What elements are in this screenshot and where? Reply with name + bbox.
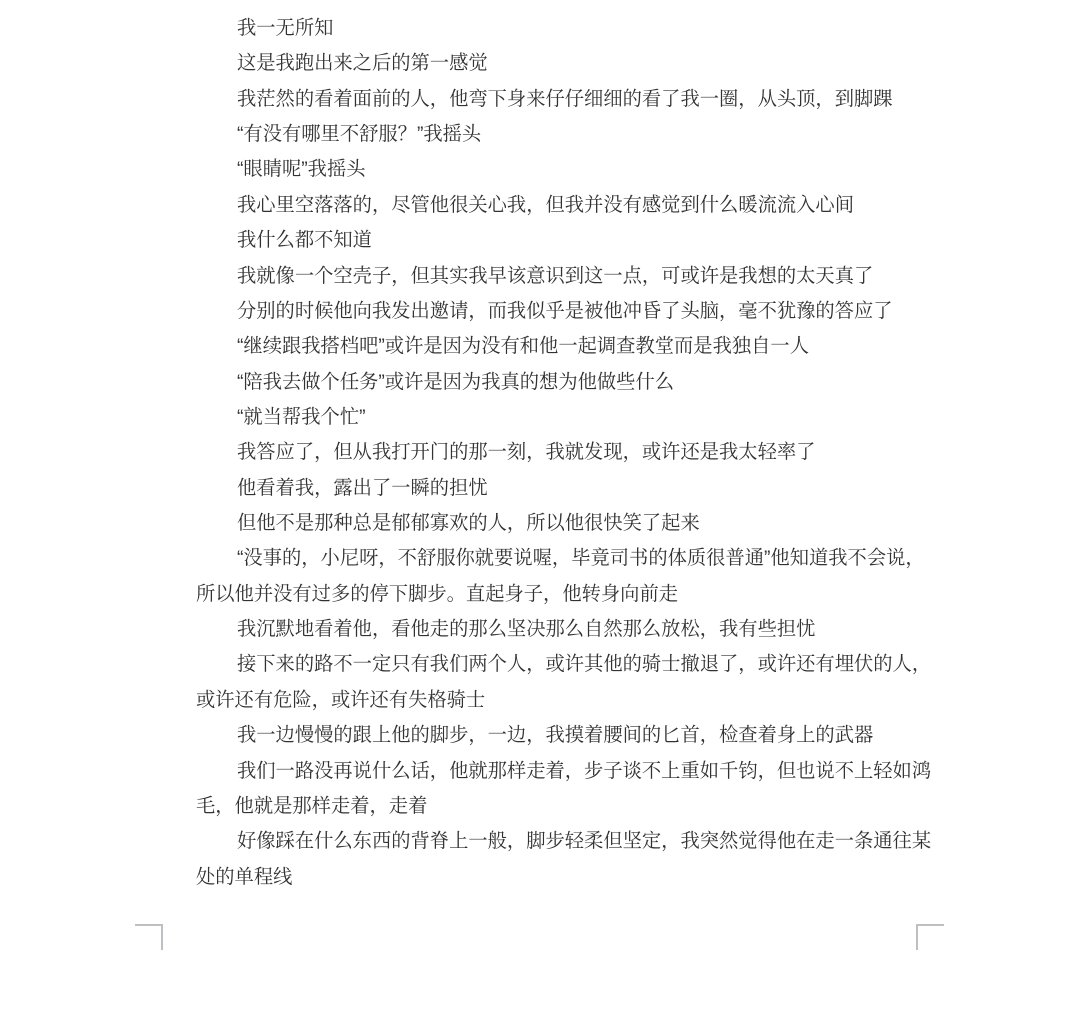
document-text-line[interactable]: 这是我跑出来之后的第一感觉: [196, 46, 966, 81]
document-text-line[interactable]: 我答应了，但从我打开门的那一刻，我就发现，或许还是我太轻率了: [196, 435, 966, 470]
document-text-line[interactable]: 我一无所知: [196, 11, 966, 46]
document-text-line[interactable]: 处的单程线: [196, 860, 966, 895]
document-text-line[interactable]: 或许还有危险，或许还有失格骑士: [196, 683, 966, 718]
document-text-line[interactable]: “陪我去做个任务”或许是因为我真的想为他做些什么: [196, 365, 966, 400]
document-text-line[interactable]: 所以他并没有过多的停下脚步。直起身子，他转身向前走: [196, 577, 966, 612]
document-text-line[interactable]: 他看着我，露出了一瞬的担忧: [196, 471, 966, 506]
document-text-line[interactable]: 接下来的路不一定只有我们两个人，或许其他的骑士撤退了，或许还有埋伏的人，: [196, 647, 966, 682]
document-text-line[interactable]: 我心里空落落的，尽管他很关心我，但我并没有感觉到什么暖流流入心间: [196, 188, 966, 223]
document-text-line[interactable]: 分别的时候他向我发出邀请，而我似乎是被他冲昏了头脑，毫不犹豫的答应了: [196, 294, 966, 329]
document-text-line[interactable]: 我沉默地看着他，看他走的那么坚决那么自然那么放松，我有些担忧: [196, 612, 966, 647]
document-text-area[interactable]: 我一无所知这是我跑出来之后的第一感觉我茫然的看着面前的人，他弯下身来仔仔细细的看…: [196, 11, 966, 895]
document-text-line[interactable]: “没事的，小尼呀，不舒服你就要说喔，毕竟司书的体质很普通”他知道我不会说，: [196, 541, 966, 576]
document-page: 我一无所知这是我跑出来之后的第一感觉我茫然的看着面前的人，他弯下身来仔仔细细的看…: [0, 0, 1080, 1029]
document-text-line[interactable]: 我们一路没再说什么话，他就那样走着，步子谈不上重如千钧，但也说不上轻如鸿: [196, 754, 966, 789]
document-text-line[interactable]: 我什么都不知道: [196, 223, 966, 258]
document-text-line[interactable]: 我一边慢慢的跟上他的脚步，一边，我摸着腰间的匕首，检查着身上的武器: [196, 718, 966, 753]
document-text-line[interactable]: 好像踩在什么东西的背脊上一般，脚步轻柔但坚定，我突然觉得他在走一条通往某: [196, 824, 966, 859]
document-text-line[interactable]: 毛，他就是那样走着，走着: [196, 789, 966, 824]
document-text-line[interactable]: “就当帮我个忙”: [196, 400, 966, 435]
document-text-line[interactable]: 但他不是那种总是郁郁寡欢的人，所以他很快笑了起来: [196, 506, 966, 541]
text-boundary-corner-mark-bottom-left: [135, 924, 163, 950]
document-text-line[interactable]: 我茫然的看着面前的人，他弯下身来仔仔细细的看了我一圈，从头顶，到脚踝: [196, 82, 966, 117]
document-text-line[interactable]: “继续跟我搭档吧”或许是因为没有和他一起调查教堂而是我独自一人: [196, 329, 966, 364]
text-boundary-corner-mark-bottom-right: [916, 924, 944, 950]
document-text-line[interactable]: “有没有哪里不舒服？”我摇头: [196, 117, 966, 152]
document-text-line[interactable]: “眼睛呢”我摇头: [196, 152, 966, 187]
document-text-line[interactable]: 我就像一个空壳子，但其实我早该意识到这一点，可或许是我想的太天真了: [196, 259, 966, 294]
